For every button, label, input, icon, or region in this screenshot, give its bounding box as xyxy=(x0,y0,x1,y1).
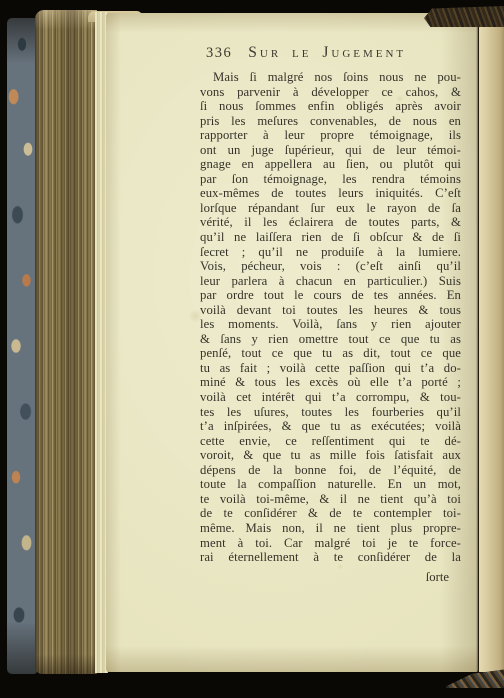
text-line: rapporter à leur propre témoignage, ils xyxy=(200,128,461,143)
text-line: même. Mais non, il ne tient plus propre- xyxy=(200,521,461,536)
text-line: rai éternellement à te conſidérer de la xyxy=(200,550,461,565)
page-fore-edges xyxy=(35,10,97,674)
text-line: de te conſidérer & de te contempler toi- xyxy=(200,506,461,521)
body-text: Mais ſi malgré nos ſoins nous ne pou-von… xyxy=(200,70,461,565)
text-line: voroit, & que tu as mille fois ſatisfait… xyxy=(200,448,461,463)
text-line: ſecret ; qu’il ne produiſe à la lumiere. xyxy=(200,245,461,260)
text-line: ont un juge ſupérieur, qui de leur témoi… xyxy=(200,143,461,158)
text-line: voilà devant toi toutes les heures & tou… xyxy=(200,303,461,318)
text-line: cette envie, ce reſſentiment qui te dé- xyxy=(200,434,461,449)
text-line: vons parvenir à développer ce cahos, & xyxy=(200,85,461,100)
text-line: par ordre tout le cours de tes années. E… xyxy=(200,288,461,303)
text-line: tu as fait ; voilà cette paſſion qui t’a… xyxy=(200,361,461,376)
text-line: penſé, tout ce que tu as dit, tout ce qu… xyxy=(200,346,461,361)
text-line: par ſon témoignage, les rendra témoins xyxy=(200,172,461,187)
printed-text-block: 336 Sur le Jugement Mais ſi malgré nos ſ… xyxy=(200,44,461,585)
opposing-page-edge xyxy=(479,24,504,672)
text-line: toute la compaſſion naturelle. En un mot… xyxy=(200,477,461,492)
text-line: gnage en appellera au ſien, ou plutôt qu… xyxy=(200,157,461,172)
text-line: vérité, il les éclairera de toutes parts… xyxy=(200,215,461,230)
catchword: ſorte xyxy=(200,570,461,585)
text-line: & ſans y rien omettre tout ce que tu as xyxy=(200,332,461,347)
text-line: te voilà toi-même, & il ne tient qu’à to… xyxy=(200,492,461,507)
text-line: ment à toi. Car malgré toi je te force- xyxy=(200,536,461,551)
page-number: 336 xyxy=(206,45,232,62)
text-line: eux-mêmes de toutes leurs iniquités. C’e… xyxy=(200,186,461,201)
text-line: miné & tous les excès où elle t’a porté … xyxy=(200,375,461,390)
text-line: voilà cet intérêt qui t’a corrompu, & to… xyxy=(200,390,461,405)
text-line: ſi nous ſommes enfin obligés après avoir xyxy=(200,99,461,114)
book-photo: 336 Sur le Jugement Mais ſi malgré nos ſ… xyxy=(0,0,504,698)
text-line: lorſque répandant ſur eux le rayon de ſa xyxy=(200,201,461,216)
text-line: les moments. Voilà, ſans y rien ajouter xyxy=(200,317,461,332)
text-line: Mais ſi malgré nos ſoins nous ne pou- xyxy=(200,70,461,85)
text-line: tes les uſures, toutes les fourberies qu… xyxy=(200,405,461,420)
text-line: t’a inſpirées, & que tu as exécutées; vo… xyxy=(200,419,461,434)
text-line: dépens de la bonne foi, de l’équité, de xyxy=(200,463,461,478)
text-line: leur parlera à chacun en particulier.) S… xyxy=(200,274,461,289)
text-line: pris les meſures convenables, de nous en xyxy=(200,114,461,129)
headband-top-edge xyxy=(424,6,504,27)
book-page: 336 Sur le Jugement Mais ſi malgré nos ſ… xyxy=(106,13,478,672)
running-header: 336 Sur le Jugement xyxy=(200,44,461,64)
marbled-cover-edge xyxy=(7,18,37,674)
text-line: qu’il ne laiſſera rien de ſi obſcur & de… xyxy=(200,230,461,245)
text-line: Vois, pécheur, vois : (c’eſt ainſi qu’il xyxy=(200,259,461,274)
running-title: Sur le Jugement xyxy=(248,44,406,62)
